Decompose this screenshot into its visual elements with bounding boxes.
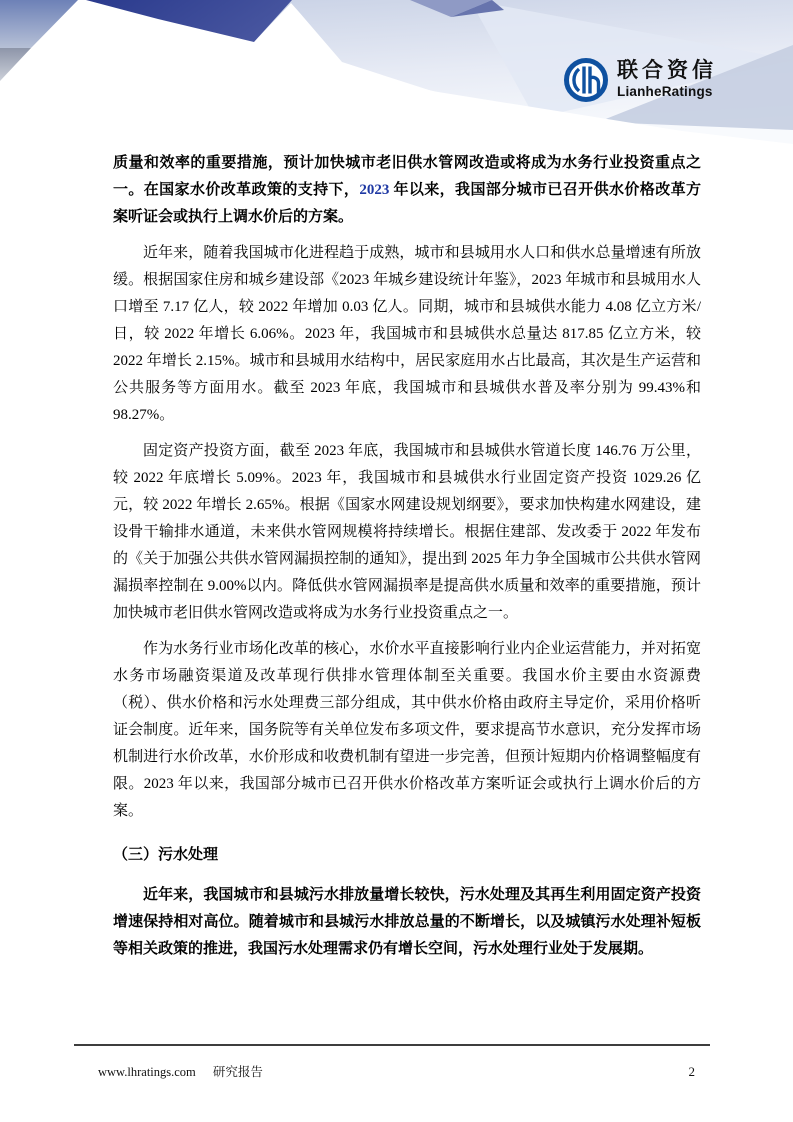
footer-divider: [74, 1044, 710, 1046]
paragraph-sewage-overview: 近年来，我国城市和县城污水排放量增长较快，污水处理及其再生利用固定资产投资增速保…: [113, 882, 701, 963]
logo-chinese-name: 联合资信: [617, 60, 717, 82]
logo: 联合资信 LianheRatings: [563, 57, 717, 103]
footer-left-block: www.lhratings.com 研究报告: [98, 1062, 263, 1080]
footer-website-url: www.lhratings.com: [98, 1065, 196, 1079]
paragraph-fixed-asset-investment: 固定资产投资方面，截至 2023 年底，我国城市和县城供水管道长度 146.76…: [113, 438, 701, 627]
document-page: 联合资信 LianheRatings 质量和效率的重要措施，预计加快城市老旧供水…: [0, 0, 793, 1122]
header-decoration: 联合资信 LianheRatings: [0, 0, 793, 150]
logo-english-name: LianheRatings: [617, 85, 717, 99]
section-heading-sewage-treatment: （三）污水处理: [113, 842, 701, 869]
footer: www.lhratings.com 研究报告 2: [0, 1044, 793, 1080]
paragraph-urbanization-water-supply: 近年来，随着我国城市化进程趋于成熟，城市和县城用水人口和供水总量增速有所放缓。根…: [113, 240, 701, 429]
lianhe-ratings-logo-icon: [563, 57, 609, 103]
logo-text: 联合资信 LianheRatings: [617, 60, 717, 99]
footer-report-label: 研究报告: [213, 1065, 263, 1079]
paragraph-supply-price-conclusion: 质量和效率的重要措施，预计加快城市老旧供水管网改造或将成为水务行业投资重点之一。…: [113, 150, 701, 231]
page-number: 2: [689, 1064, 696, 1080]
paragraph-water-price-reform: 作为水务行业市场化改革的核心，水价水平直接影响行业内企业运营能力，并对拓宽水务市…: [113, 636, 701, 825]
document-body: 质量和效率的重要措施，预计加快城市老旧供水管网改造或将成为水务行业投资重点之一。…: [113, 150, 701, 972]
year-2023-highlight: 2023: [359, 182, 389, 198]
